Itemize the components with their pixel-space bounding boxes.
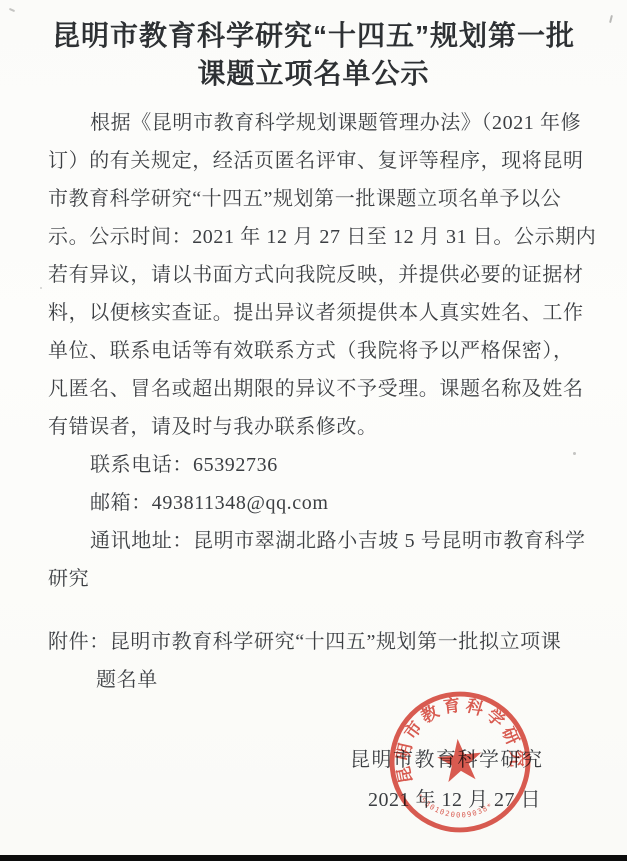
body-line: 有错误者，请及时与我办联系修改。 <box>48 408 584 446</box>
contact-address-line2: 研究 <box>48 560 584 598</box>
body-line: 示。公示时间：2021 年 12 月 27 日至 12 月 31 日。公示期内 <box>48 218 584 256</box>
body-line: 若有异议，请以书面方式向我院反映，并提供必要的证据材 <box>48 256 584 294</box>
body-line: 订）的有关规定，经活页匿名评审、复评等程序，现将昆明 <box>48 142 584 180</box>
scan-artifact <box>9 8 15 12</box>
body-line: 根据《昆明市教育科学规划课题管理办法》（2021 年修 <box>48 104 584 142</box>
attachment-line2: 题名单 <box>48 661 584 699</box>
attachment-note: 附件：昆明市教育科学研究“十四五”规划第一批拟立项课 题名单 <box>48 623 584 699</box>
scan-artifact <box>40 287 42 289</box>
attachment-line1: 附件：昆明市教育科学研究“十四五”规划第一批拟立项课 <box>48 623 584 661</box>
document-title-line1: 昆明市教育科学研究“十四五”规划第一批 <box>0 17 627 55</box>
body-line: 市教育科学研究“十四五”规划第一批课题立项名单予以公 <box>48 180 584 218</box>
body-line: 凡匿名、冒名或超出期限的异议不予受理。课题名称及姓名 <box>48 370 584 408</box>
signature-org: 昆明市教育科学研究 <box>350 740 544 780</box>
contact-address-line1: 通讯地址：昆明市翠湖北路小吉坡 5 号昆明市教育科学 <box>48 522 584 560</box>
document-title: 昆明市教育科学研究“十四五”规划第一批 课题立项名单公示 <box>0 17 627 93</box>
notice-body: 根据《昆明市教育科学规划课题管理办法》（2021 年修 订）的有关规定，经活页匿… <box>48 104 584 598</box>
document-title-line2: 课题立项名单公示 <box>0 55 627 93</box>
signature-block: 昆明市教育科学研究 2021 年 12 月 27 日 <box>350 740 544 820</box>
contact-email: 邮箱：493811348@qq.com <box>48 484 584 522</box>
contact-phone: 联系电话：65392736 <box>48 446 584 484</box>
body-line: 单位、联系电话等有效联系方式（我院将予以严格保密）， <box>48 332 584 370</box>
scan-artifact <box>573 452 576 455</box>
body-line: 料，以便核实查证。提出异议者须提供本人真实姓名、工作 <box>48 294 584 332</box>
signature-date: 2021 年 12 月 27 日 <box>350 780 544 820</box>
scanned-notice-page: 昆明市教育科学研究“十四五”规划第一批 课题立项名单公示 根据《昆明市教育科学规… <box>0 0 627 861</box>
scan-bottom-edge <box>0 855 627 861</box>
